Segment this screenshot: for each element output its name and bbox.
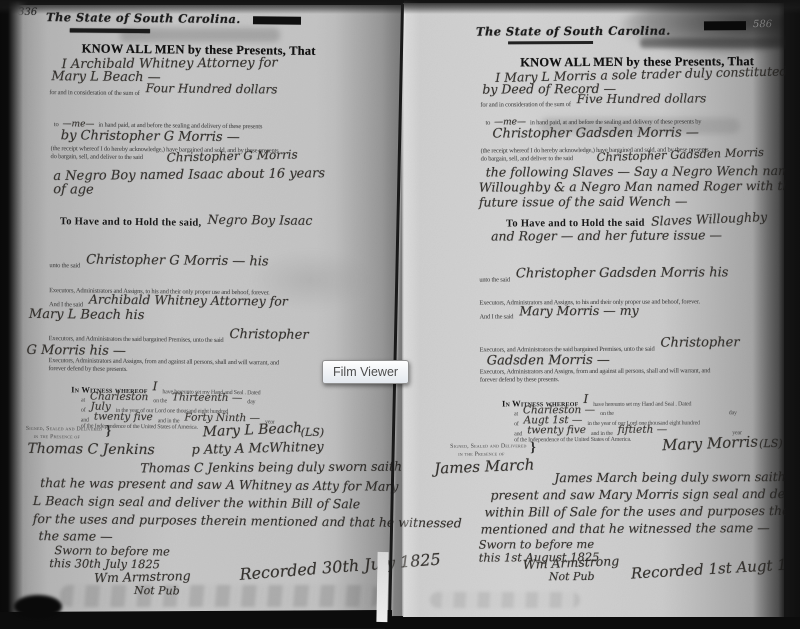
habendum-hw-1: Slaves Willoughby — [651, 211, 768, 228]
right-defend-2: forever defend by these presents. — [480, 377, 559, 384]
right-attest-1: Signed, Sealed and Delivered — [450, 443, 526, 449]
wit-indep-hw: fiftieth — — [618, 425, 668, 436]
right-attest-brace: } — [530, 441, 536, 455]
right-property-line-2: Willoughby & a Negro Man named Roger wit… — [479, 180, 798, 194]
right-property-line-3: future issue of the said Wench — — [479, 195, 688, 209]
film-viewport[interactable]: 336 The State of South Carolina. KNOW AL… — [0, 0, 800, 629]
right-notary-title: Not Pub — [549, 571, 595, 582]
wit-year-hw: twenty five — [527, 425, 586, 436]
right-affidavit-4: mentioned and that he witnessed the same… — [481, 522, 770, 536]
consideration-amount: Five Hundred dollars — [577, 92, 706, 105]
film-edge-bottom-left — [0, 610, 392, 629]
right-habendum-hw-2: and Roger — and her future issue — — [491, 229, 722, 243]
payment-to: to — [485, 121, 490, 128]
right-signature-name: Mary Morris — [662, 434, 758, 453]
right-state-header: The State of South Carolina. — [476, 26, 671, 39]
unto-printed: unto the said — [479, 277, 510, 284]
page-edge-bottom — [376, 552, 388, 622]
film-edge-bottom-right — [385, 617, 800, 629]
right-warrant-hw-1: Christopher — [660, 336, 739, 349]
right-witness-signature: James March — [434, 458, 535, 477]
right-unto-line: unto the said Christopher Gadsden Morris… — [479, 270, 728, 284]
printers-mark — [704, 21, 746, 30]
right-grantee-name: Christopher Gadsden Morris — [597, 147, 765, 164]
right-receipt-2: do bargain, sell, and deliver to the sai… — [481, 156, 573, 163]
film-viewer-tooltip: Film Viewer — [322, 360, 409, 384]
unto-hw: Christopher Gadsden Morris his — [516, 266, 729, 280]
gutter-highlight — [404, 0, 420, 629]
right-use-line-2: And I the said Mary Morris — my — [479, 308, 638, 321]
right-consideration-line: for and in consideration of the sum of F… — [480, 95, 706, 109]
right-use-printed-2: And I the said — [479, 314, 513, 321]
right-defend-1: Executors, Administrators and Assigns, f… — [480, 368, 710, 376]
tooltip-label: Film Viewer — [333, 365, 398, 379]
header-rule — [508, 41, 593, 44]
film-edge-right — [752, 0, 800, 629]
consideration-printed: for and in consideration of the sum of — [480, 102, 570, 109]
film-edge-top — [0, 0, 800, 14]
film-edge-left — [0, 0, 28, 629]
right-notary-name: Wm Armstrong — [523, 555, 620, 571]
wit-day: day — [729, 410, 737, 416]
right-use-hw: Mary Morris — my — [519, 305, 638, 318]
right-payment-by: Christopher Gadsden Morris — — [493, 126, 699, 140]
right-warrant-hw-2: Gadsden Morris — — [487, 354, 610, 368]
